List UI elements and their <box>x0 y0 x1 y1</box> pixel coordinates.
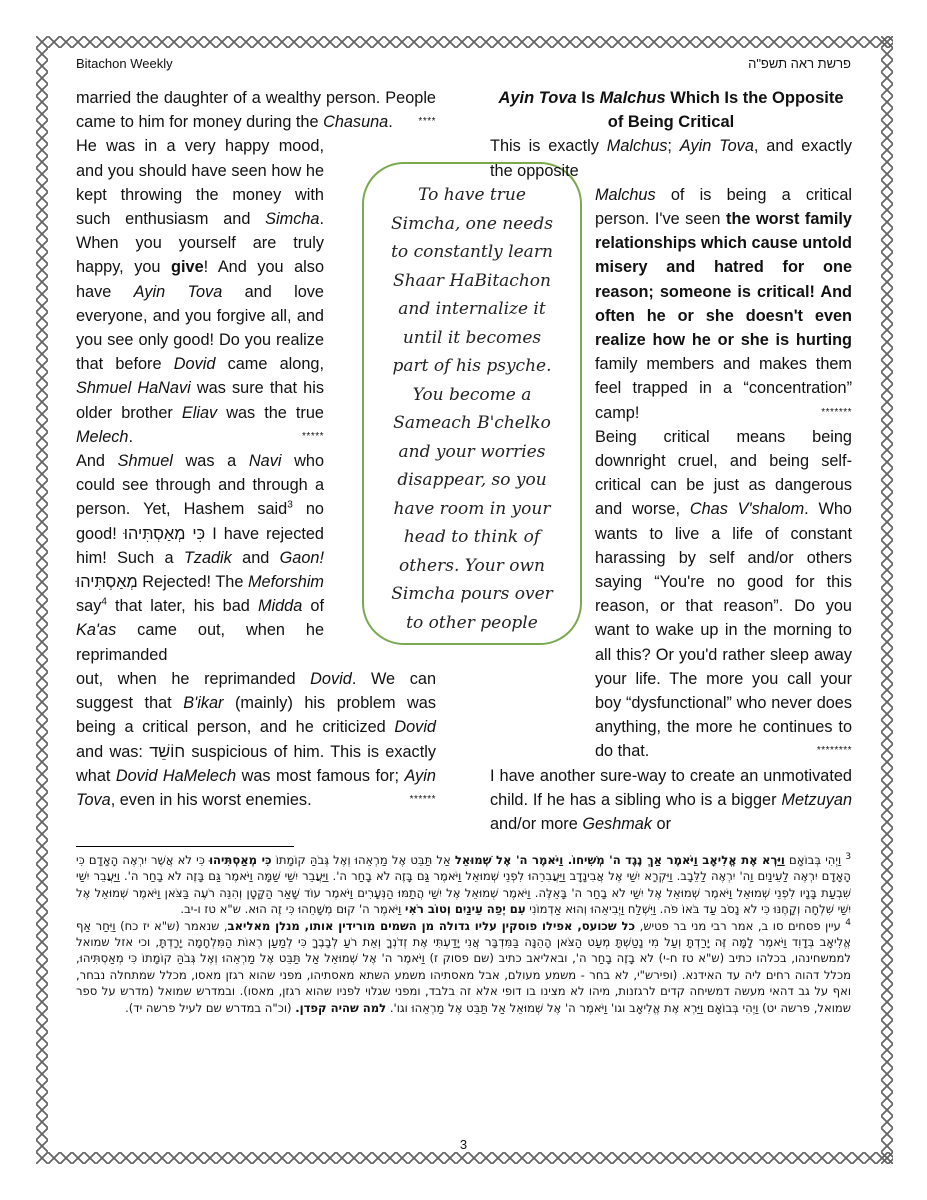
bold-text: כִּי מְאַסְתִּיהוּ <box>209 853 271 867</box>
italic-term: Melech <box>76 428 129 446</box>
bold-text: כל שכועס, אפילו פוסקין עליו גדולה מן השמ… <box>228 919 636 933</box>
text: came along, <box>228 355 324 373</box>
text: And <box>76 452 105 470</box>
italic-term: Ayin Tova <box>680 137 754 155</box>
italic-term: Midda <box>258 597 302 615</box>
paragraph: Malchus of is being a critical person. I… <box>595 183 852 425</box>
italic-term: Malchus <box>607 137 668 155</box>
italic-term: Ayin Tova <box>134 283 223 301</box>
heading-italic: Malchus <box>600 89 666 107</box>
italic-term: Tzadik <box>184 549 232 567</box>
hebrew-quote: כִּי מְאַסְתִּיהוּ <box>124 525 205 543</box>
text: that later, his bad <box>115 597 250 615</box>
paragraph: married the daughter of a wealthy person… <box>76 86 436 134</box>
italic-term: Dovid HaMelech <box>116 767 236 785</box>
footnote-ref-4[interactable]: 4 <box>101 597 107 608</box>
hebrew-quote: מְאַסְתִּיהוּ <box>76 573 138 591</box>
footnote-4: 4 עיין פסחים סו ב, אמר רבי מני בר פטיש, … <box>76 918 851 1016</box>
italic-term: Dovid <box>310 670 352 688</box>
text: say <box>76 597 101 615</box>
text: . <box>388 113 393 131</box>
italic-term: Geshmak <box>582 815 652 833</box>
italic-term: Dovid <box>394 718 436 736</box>
bold-text: עִם יְפֵה עֵינַיִם וְטוֹב רֹאִי <box>405 902 526 916</box>
text: or <box>657 815 671 833</box>
section-separator-stars: ******* <box>821 401 852 425</box>
italic-term: Gaon! <box>280 549 324 567</box>
page-number: 3 <box>0 1137 927 1152</box>
publication-title: Bitachon Weekly <box>76 56 173 71</box>
border-left <box>36 36 48 1164</box>
footnote-number: 3 <box>845 852 851 862</box>
border-bottom <box>36 1152 893 1164</box>
footnote-3: 3 וַיְהִי בְּבוֹאָם וַיַּרְא אֶת אֱלִיאָ… <box>76 852 851 918</box>
text: וַיֹּאמֶר ה' קוּם מְשָׁחֵהוּ כִּי זֶה הו… <box>180 902 401 916</box>
paragraph: This is exactly Malchus; Ayin Tova, and … <box>490 134 852 182</box>
text: was most famous for; <box>242 767 399 785</box>
wrapped-text-block: He was in a very happy mood, and you sho… <box>76 134 324 666</box>
heading-italic: Ayin Tova <box>498 89 576 107</box>
text: . Who wants to live a life of constant h… <box>595 500 852 760</box>
text: family members and makes them feel trapp… <box>595 355 852 421</box>
text: and <box>242 549 269 567</box>
section-separator-stars: ***** <box>302 425 324 449</box>
italic-term: Eliav <box>182 404 217 422</box>
text: , even in his worst enemies. <box>111 791 312 809</box>
section-separator-stars: ******** <box>817 739 852 763</box>
section-separator-stars: ****** <box>410 788 436 812</box>
text: out, when he reprimanded <box>76 670 310 688</box>
text: עיין פסחים סו ב, אמר רבי מני בר פטיש, <box>640 919 841 933</box>
text: This is exactly <box>490 137 599 155</box>
text: and/or more <box>490 815 578 833</box>
text: . <box>129 428 134 446</box>
left-column-lower: out, when he reprimanded Dovid. We can s… <box>76 667 436 812</box>
text: and was: <box>76 743 143 761</box>
bold-text: וַיַּרְא אֶת אֱלִיאָב וַיֹּאמֶר אַךְ נֶג… <box>455 853 785 867</box>
italic-term: Metzuyan <box>781 791 852 809</box>
right-column-lower: I have another sure-way to create an unm… <box>490 764 852 837</box>
paragraph: He was in a very happy mood, and you sho… <box>76 134 324 449</box>
paragraph: out, when he reprimanded Dovid. We can s… <box>76 667 436 812</box>
paragraph: I have another sure-way to create an unm… <box>490 764 852 837</box>
border-right <box>881 36 893 1164</box>
paragraph: And Shmuel was a Navi who could see thro… <box>76 449 324 667</box>
text: was the true <box>226 404 324 422</box>
italic-term: Meforshim <box>248 573 324 591</box>
text: ; <box>667 137 672 155</box>
text: (וכ"ה במדרש שם לעיל פרשה יד). <box>125 1001 291 1015</box>
text: Rejected! The <box>142 573 243 591</box>
italic-term: Shmuel HaNavi <box>76 379 191 397</box>
hebrew-word: חוֹשֵׁד <box>149 743 185 761</box>
italic-term: B'ikar <box>183 694 223 712</box>
border-top <box>36 36 893 48</box>
paragraph: Being critical means being downright cru… <box>595 425 852 764</box>
italic-term: Ka'as <box>76 621 116 639</box>
bold-term: give <box>171 258 204 276</box>
bold-text: למה שהיה קפדן. <box>295 1001 386 1015</box>
wrapped-text-block: Malchus of is being a critical person. I… <box>595 183 852 764</box>
page-header: Bitachon Weekly פרשת ראה תשפ"ה <box>76 54 851 76</box>
text: was a <box>186 452 237 470</box>
footnote-number: 4 <box>845 918 851 928</box>
italic-term: Simcha <box>265 210 319 228</box>
heading-text: Is <box>581 89 595 107</box>
italic-term: Navi <box>249 452 282 470</box>
section-heading: Ayin Tova Is Malchus Which Is the Opposi… <box>490 86 852 134</box>
italic-term: Shmuel <box>118 452 173 470</box>
footnote-ref-3[interactable]: 3 <box>287 500 293 511</box>
right-column: Ayin Tova Is Malchus Which Is the Opposi… <box>490 86 852 764</box>
text: אַל תַּבֵּט אֶל מַרְאֵהוּ וְאֶל גְּבֹהַּ… <box>276 853 451 867</box>
footnotes: 3 וַיְהִי בְּבוֹאָם וַיַּרְא אֶת אֱלִיאָ… <box>76 852 851 1016</box>
text: of <box>310 597 324 615</box>
bold-emphasis: the worst family relationships which cau… <box>595 210 852 349</box>
italic-term: Chasuna <box>323 113 388 131</box>
italic-term: Dovid <box>174 355 216 373</box>
italic-term: Malchus <box>595 186 656 204</box>
section-separator-stars: **** <box>418 110 436 134</box>
parsha-title: פרשת ראה תשפ"ה <box>748 56 851 71</box>
italic-term: Chas V'shalom <box>690 500 804 518</box>
text: וַיְהִי בְּבוֹאָם <box>789 853 841 867</box>
footnote-separator <box>76 846 294 847</box>
